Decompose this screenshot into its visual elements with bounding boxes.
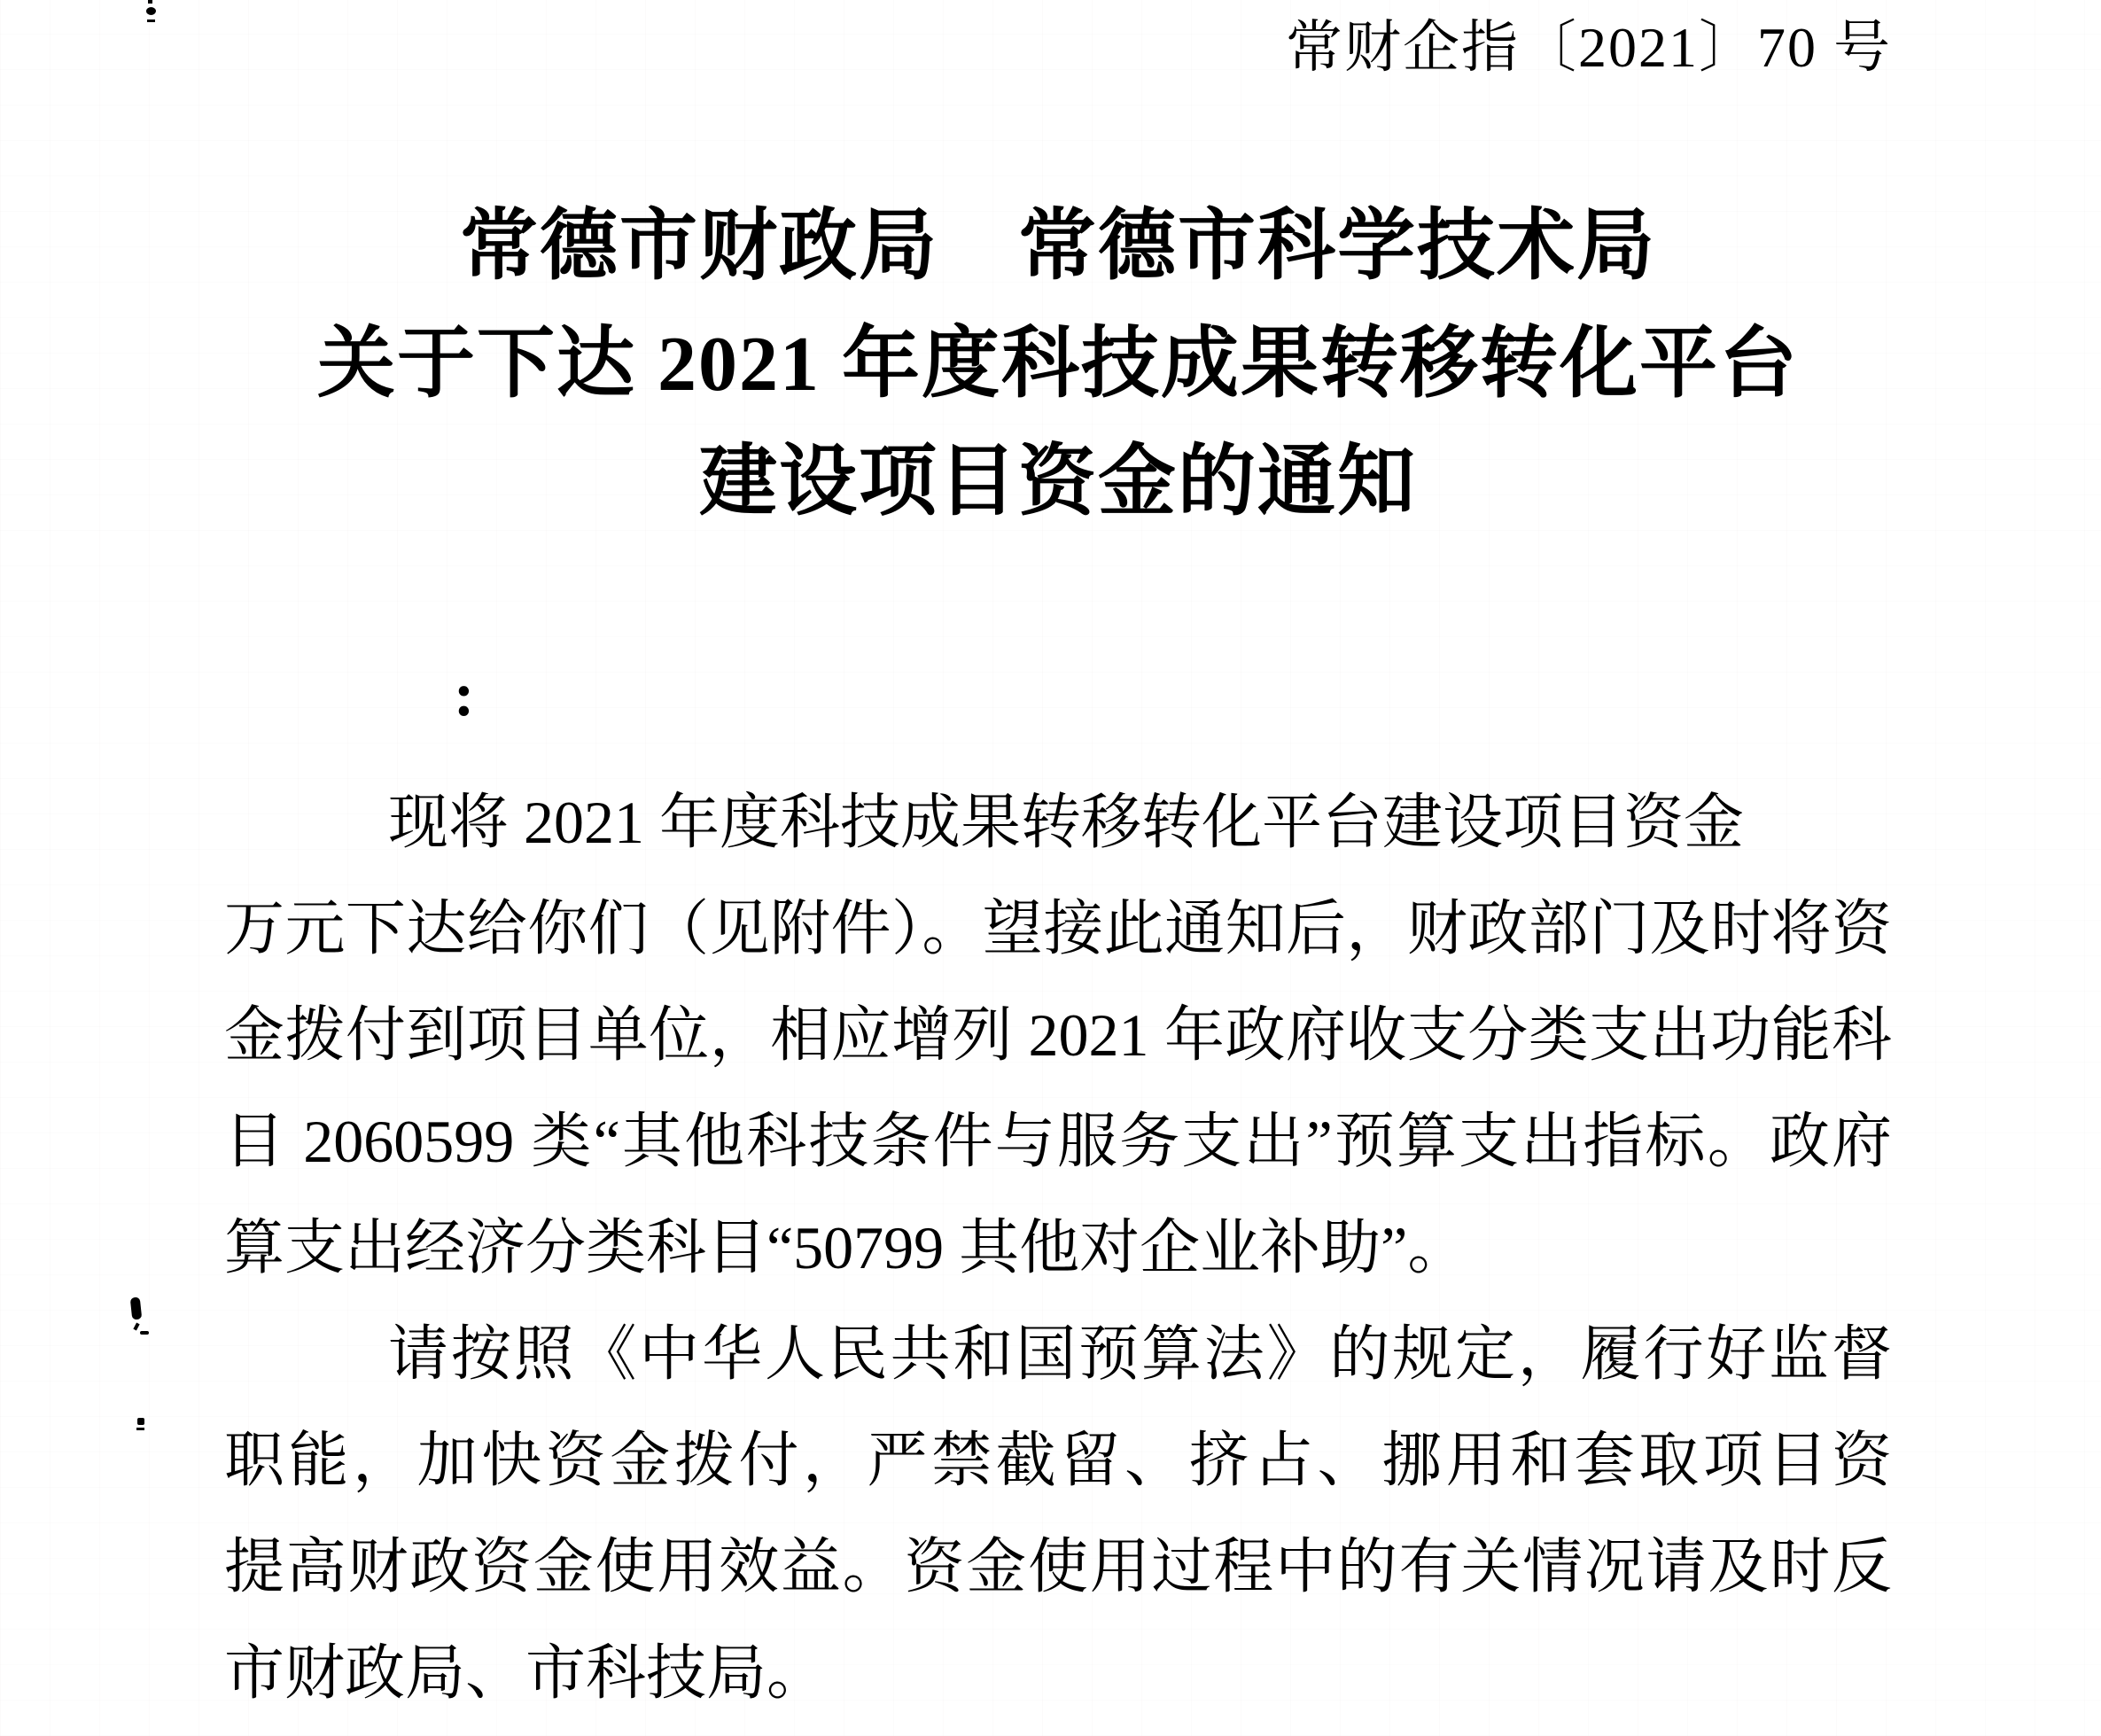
scan-artifact-speck-left <box>140 1331 149 1335</box>
doc-reference-number: 常财企指〔2021〕70 号 <box>1286 12 1892 83</box>
paragraph2-line4: 市财政局、市科技局。 <box>224 1620 1892 1726</box>
paragraph2-line1: 请按照《中华人民共和国预算法》的规定，履行好监督管理 <box>224 1301 1892 1407</box>
scan-artifact-dot-top <box>146 7 156 15</box>
document-title: 常德市财政局 常德市科学技术局 关于下达 2021 年度科技成果转移转化平台 建… <box>224 188 1892 541</box>
paragraph2-line2: 职能，加快资金拨付，严禁截留、挤占、挪用和套取项目资金， <box>224 1407 1892 1514</box>
scan-artifact-dash-top <box>147 19 155 22</box>
paragraph1-line3: 金拨付到项目单位，相应增列 2021 年政府收支分类支出功能科 <box>224 982 1892 1088</box>
paragraph1-line1: 现将 2021 年度科技成果转移转化平台建设项目资金 <box>224 769 1892 876</box>
scan-artifact-dash-left-2 <box>136 1428 144 1430</box>
addressee-colon: : <box>454 656 474 736</box>
title-line-subject-2: 建设项目资金的通知 <box>224 424 1892 541</box>
scan-artifact-tick-top <box>148 0 152 4</box>
scan-artifact-blob-left-2 <box>137 1418 144 1425</box>
title-line-agencies: 常德市财政局 常德市科学技术局 <box>224 188 1892 306</box>
title-line-subject: 关于下达 2021 年度科技成果转移转化平台 <box>224 306 1892 424</box>
document-body: 现将 2021 年度科技成果转移转化平台建设项目资金 万元下达给你们（见附件）。… <box>224 769 1892 1726</box>
scan-artifact-tick-left <box>133 1323 139 1331</box>
paragraph1-line5: 算支出经济分类科目“50799 其他对企业补助”。 <box>224 1195 1892 1301</box>
paragraph1-line4: 目 2060599 类“其他科技条件与服务支出”预算支出指标。政府预 <box>224 1088 1892 1195</box>
paragraph1-line2: 万元下达给你们（见附件）。望接此通知后，财政部门及时将资 <box>224 876 1892 982</box>
scanned-notice-page: 常财企指〔2021〕70 号 常德市财政局 常德市科学技术局 关于下达 2021… <box>0 0 2101 1736</box>
scan-artifact-blob-left <box>130 1296 143 1320</box>
paragraph2-line3: 提高财政资金使用效益。资金使用过程中的有关情况请及时反馈 <box>224 1514 1892 1620</box>
